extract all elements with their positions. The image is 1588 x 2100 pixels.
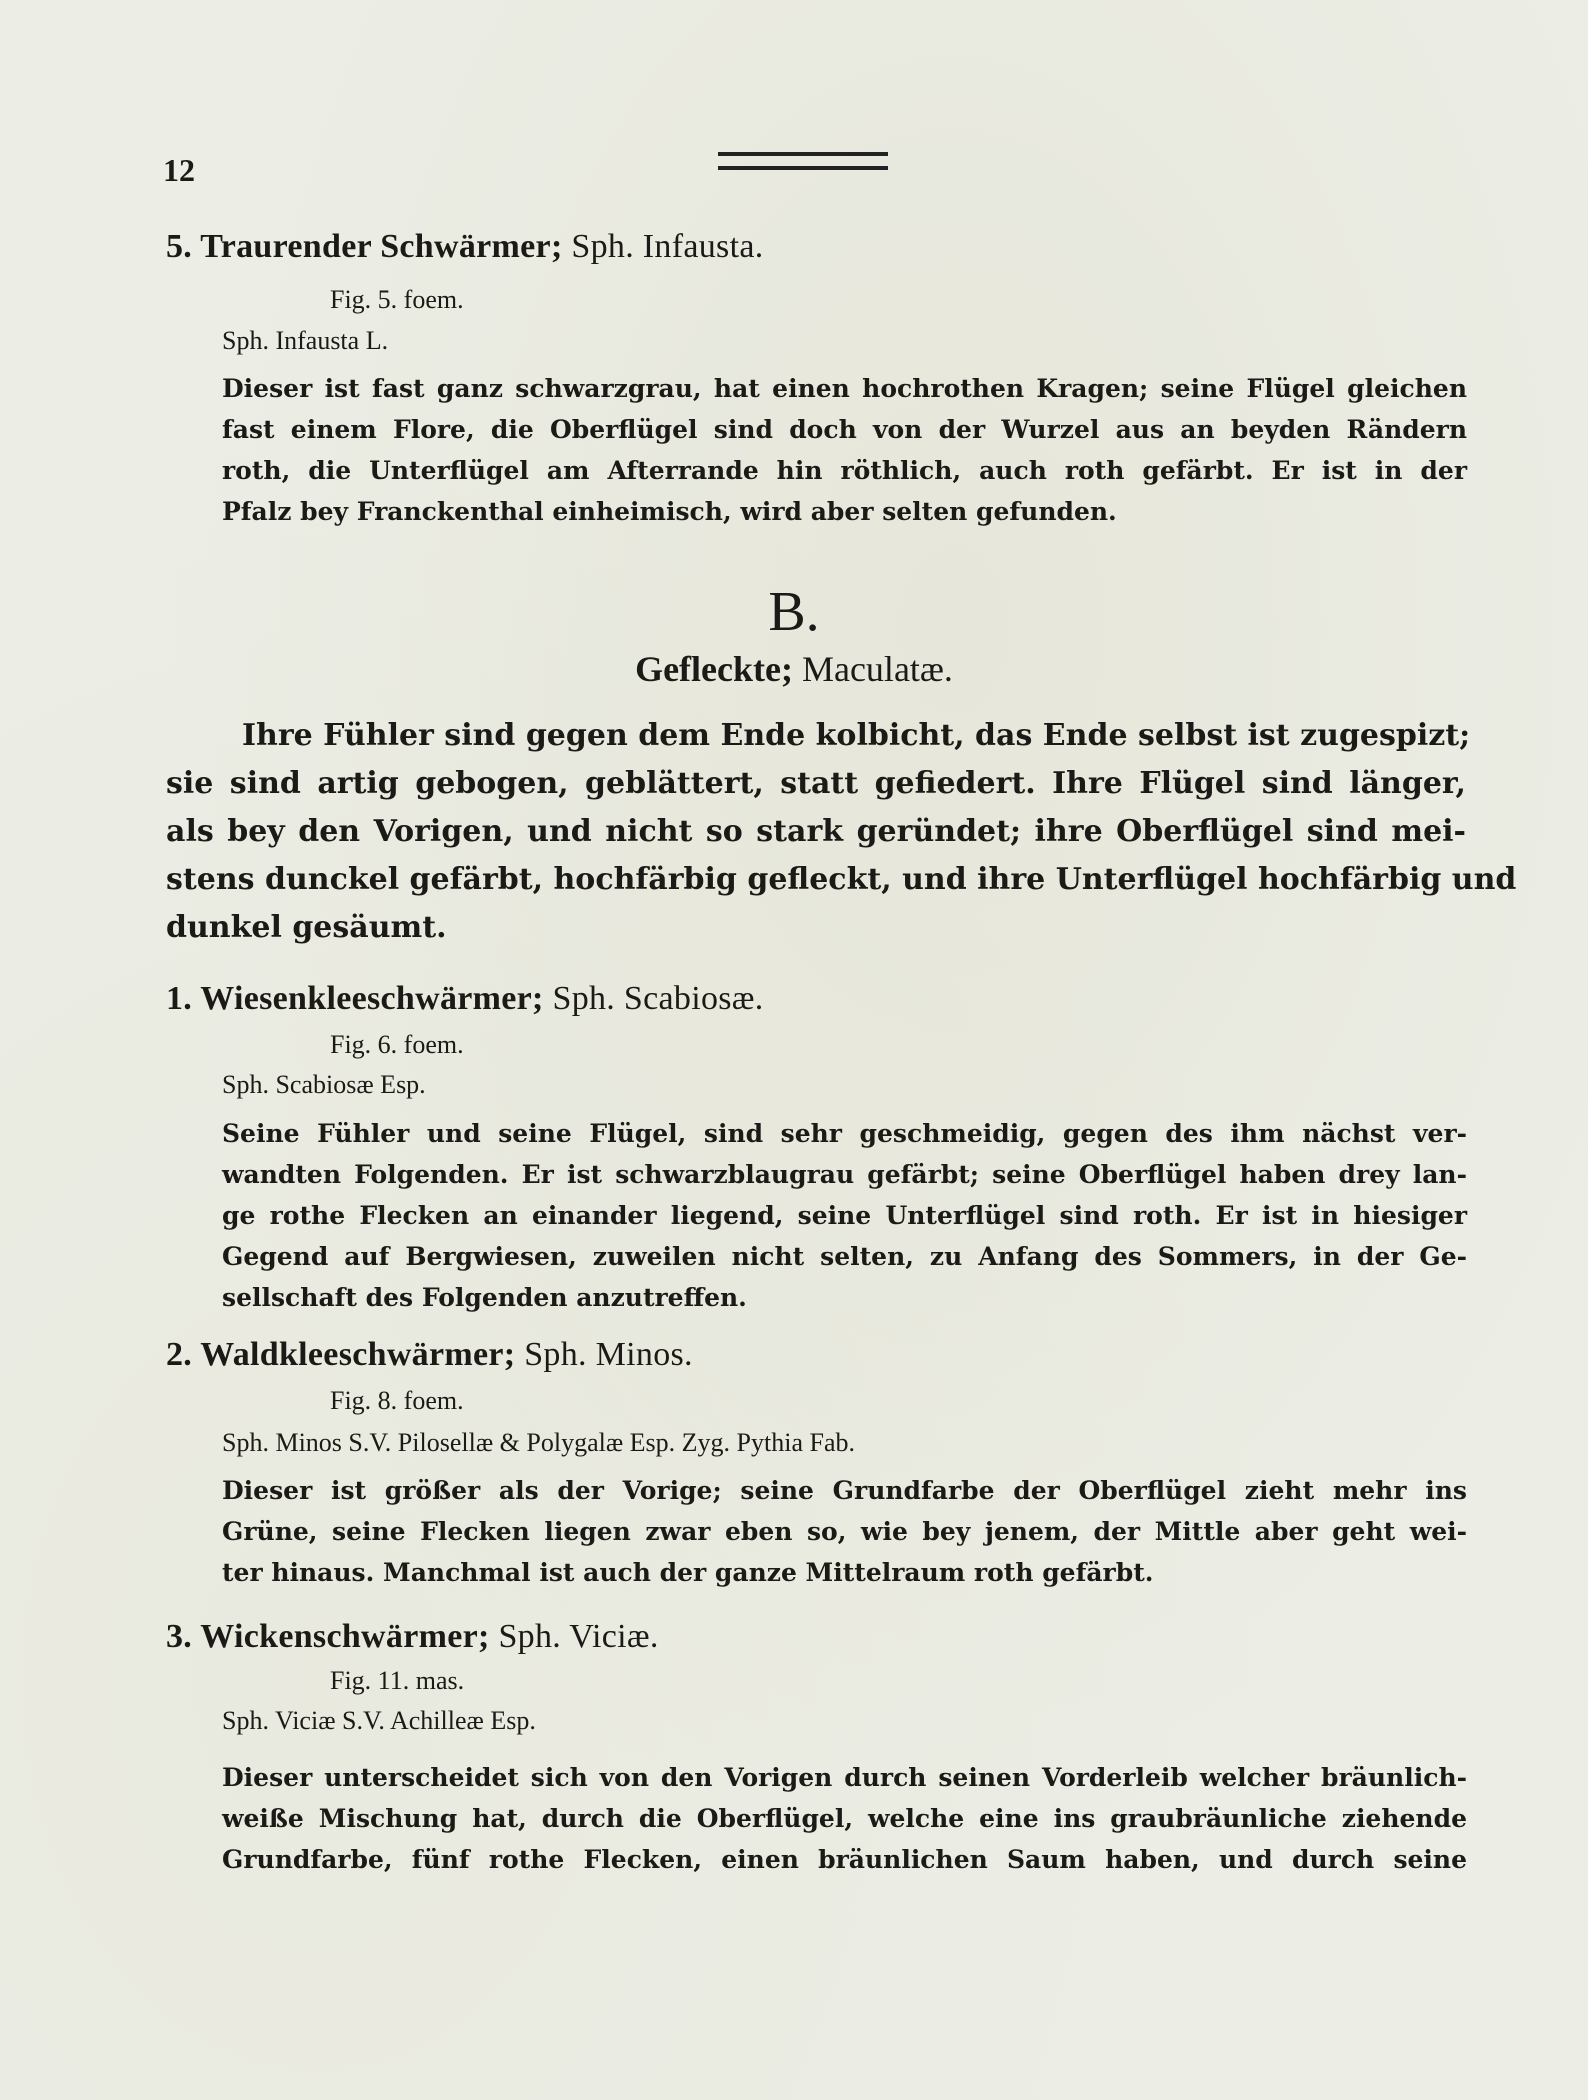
section-title-latin: Maculatæ. bbox=[802, 649, 953, 689]
synonym: Sph. Infausta L. bbox=[222, 326, 388, 356]
header-rule-top bbox=[718, 152, 888, 156]
entry-title: 1. Wiesenkleeschwärmer; Sph. Scabiosæ. bbox=[166, 980, 764, 1018]
section-title: Gefleckte; Maculatæ. bbox=[0, 648, 1588, 690]
entry-title: 2. Waldkleeschwärmer; Sph. Minos. bbox=[166, 1336, 693, 1374]
entry-title-latin: Sph. Infausta. bbox=[571, 228, 763, 265]
entry-title-german: 1. Wiesenkleeschwärmer; bbox=[166, 980, 544, 1017]
entry-description: Dieser ist größer als der Vorige; seine … bbox=[222, 1470, 1467, 1593]
synonym: Sph. Scabiosæ Esp. bbox=[222, 1070, 426, 1100]
entry-description: Dieser ist fast ganz schwarzgrau, hat ei… bbox=[222, 368, 1467, 532]
page-number: 12 bbox=[163, 152, 195, 189]
book-page: 12 5. Traurender Schwärmer; Sph. Infaust… bbox=[0, 0, 1588, 2100]
entry-description: Dieser unterscheidet sich von den Vorige… bbox=[222, 1757, 1467, 1880]
synonym: Sph. Minos S.V. Pilosellæ & Polygalæ Esp… bbox=[222, 1428, 855, 1458]
entry-title-german: 5. Traurender Schwärmer; bbox=[166, 228, 563, 265]
section-intro: Ihre Fühler sind gegen dem Ende kolbicht… bbox=[166, 712, 1466, 952]
figure-reference: Fig. 6. foem. bbox=[330, 1030, 464, 1060]
entry-title-latin: Sph. Scabiosæ. bbox=[553, 980, 764, 1017]
section-title-german: Gefleckte; bbox=[635, 649, 793, 689]
synonym: Sph. Viciæ S.V. Achilleæ Esp. bbox=[222, 1706, 536, 1736]
entry-title-german: 2. Waldkleeschwärmer; bbox=[166, 1336, 515, 1373]
entry-title-latin: Sph. Minos. bbox=[524, 1336, 693, 1373]
header-rule-bottom bbox=[718, 166, 888, 170]
figure-reference: Fig. 11. mas. bbox=[330, 1666, 464, 1696]
entry-description: Seine Fühler und seine Flügel, sind sehr… bbox=[222, 1113, 1467, 1318]
figure-reference: Fig. 5. foem. bbox=[330, 285, 464, 315]
entry-title: 5. Traurender Schwärmer; Sph. Infausta. bbox=[166, 228, 764, 266]
entry-title-latin: Sph. Viciæ. bbox=[498, 1618, 658, 1655]
entry-title-german: 3. Wickenschwärmer; bbox=[166, 1618, 490, 1655]
figure-reference: Fig. 8. foem. bbox=[330, 1386, 464, 1416]
section-letter: B. bbox=[0, 580, 1588, 644]
entry-title: 3. Wickenschwärmer; Sph. Viciæ. bbox=[166, 1618, 659, 1656]
